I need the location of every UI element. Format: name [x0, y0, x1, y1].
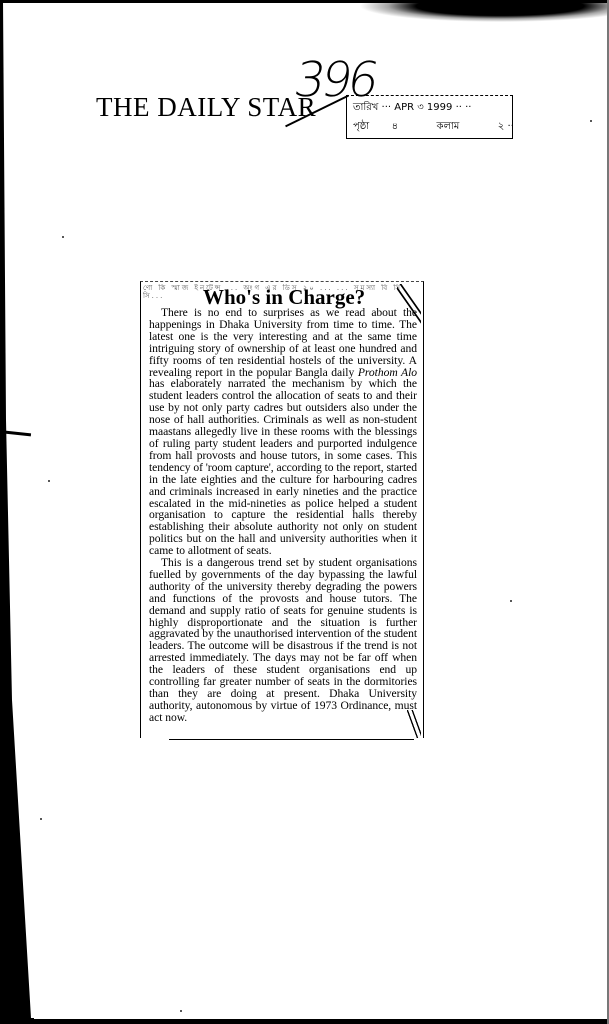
date-page-stamp: তারিখ ··· APR ৩ 1999 ·· ·· পৃষ্ঠা ৪ কলাম…	[346, 95, 513, 139]
scan-speck	[40, 818, 42, 820]
stamp-page-label: পৃষ্ঠা	[353, 121, 369, 132]
article-paragraph-1: There is no end to surprises as we read …	[149, 307, 417, 557]
scan-speck	[48, 480, 50, 482]
clipping-bottom-edge	[169, 739, 414, 741]
article-clipping: ণো কি স্মাজ ইনটেন্স ... অংগ এর ডিস ২০ ..…	[140, 281, 424, 738]
stamp-column-label: কলাম	[436, 121, 459, 132]
article-paragraph-2: This is a dangerous trend set by student…	[149, 557, 417, 724]
scan-left-edge-shadow	[0, 0, 34, 1024]
scan-bottom-edge	[0, 1019, 609, 1024]
article-body: There is no end to surprises as we read …	[149, 307, 417, 724]
stamp-page-row: পৃষ্ঠা ৪ কলাম ২ ··	[353, 119, 514, 136]
corner-pen-marks-bottom	[407, 710, 421, 738]
scan-speck	[180, 1010, 182, 1012]
stamp-date-row: তারিখ ··· APR ৩ 1999 ·· ··	[353, 100, 471, 117]
newspaper-masthead: THE DAILY STAR	[96, 92, 316, 123]
stamp-date-value: APR ৩ 1999	[394, 102, 452, 113]
scan-speck	[590, 120, 592, 122]
stamp-page-value: ৪	[392, 121, 399, 132]
scan-speck	[510, 600, 512, 602]
scan-mark	[5, 431, 31, 437]
scan-speck	[62, 236, 64, 238]
stamp-column-value: ২	[498, 121, 505, 132]
scan-ink-blot	[250, 0, 609, 28]
paragraph-text: has elaborately narrated the mechanism b…	[149, 377, 417, 557]
stamp-date-label: তারিখ	[353, 102, 378, 113]
